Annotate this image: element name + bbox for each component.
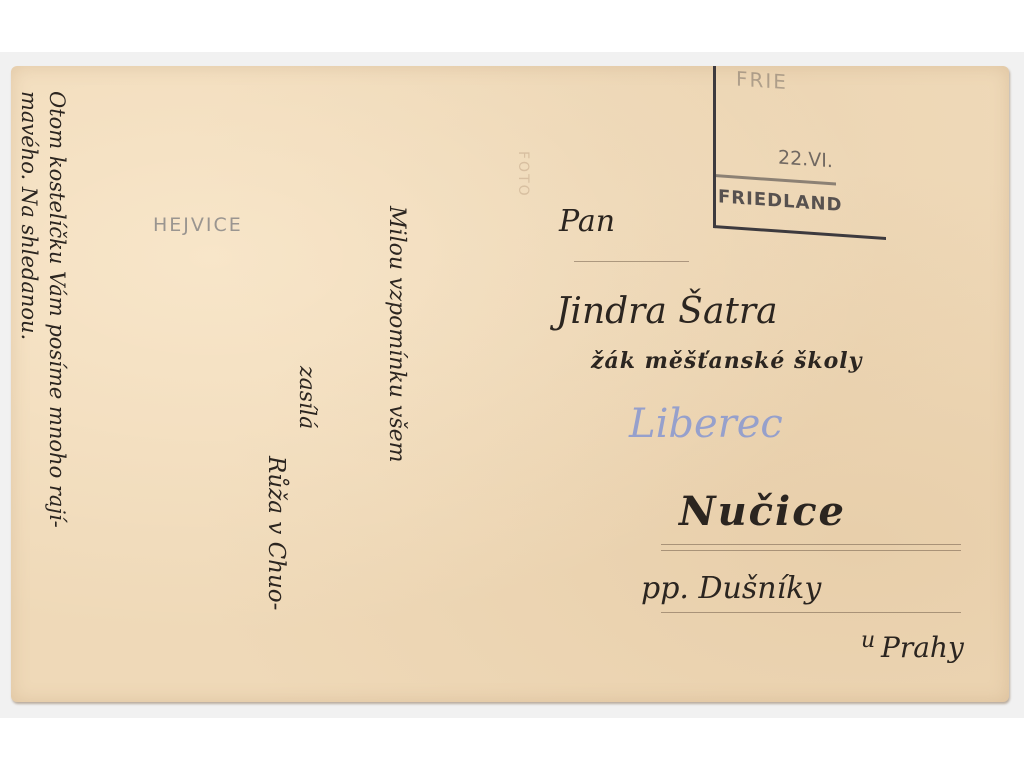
printer-imprint: FOTO bbox=[515, 151, 531, 198]
address-pencil-annotation: Liberec bbox=[629, 401, 783, 447]
message-margin-line-1: Otom kostelíčku Vám posíme mnoho rají- bbox=[45, 91, 69, 528]
address-rule bbox=[661, 612, 961, 613]
postcard-reverse: FOTO Otom kostelíčku Vám posíme mnoho ra… bbox=[11, 66, 1009, 702]
postmark-date: 22.VI. bbox=[778, 146, 833, 172]
postmark-place: FRIEDLAND bbox=[718, 186, 843, 216]
message-signature: Růža v Chuo- bbox=[263, 456, 289, 610]
pencil-note: HEJVICE bbox=[153, 214, 243, 236]
message-margin-line-2: mavého. Na shledanou. bbox=[17, 91, 41, 340]
postmark-rule bbox=[716, 174, 836, 185]
address-rule bbox=[661, 550, 961, 551]
address-salutation: Pan bbox=[559, 204, 615, 239]
address-region-prefix: u bbox=[861, 628, 875, 653]
address-occupation: žák měšťanské školy bbox=[591, 348, 862, 374]
address-rule bbox=[661, 544, 961, 545]
address-post-office: pp. Dušníky bbox=[641, 571, 821, 606]
message-line-2: zasílá bbox=[294, 366, 319, 429]
address-name: Jindra Šatra bbox=[556, 291, 778, 332]
address-region: Prahy bbox=[881, 631, 964, 664]
postmark-stamp: FRIE 22.VI. FRIEDLAND bbox=[713, 66, 886, 240]
address-town: Nučice bbox=[679, 488, 846, 535]
postmark-top-text: FRIE bbox=[736, 67, 788, 95]
address-rule bbox=[574, 261, 689, 262]
message-line-1: Milou vzpomínku všem bbox=[384, 206, 409, 463]
